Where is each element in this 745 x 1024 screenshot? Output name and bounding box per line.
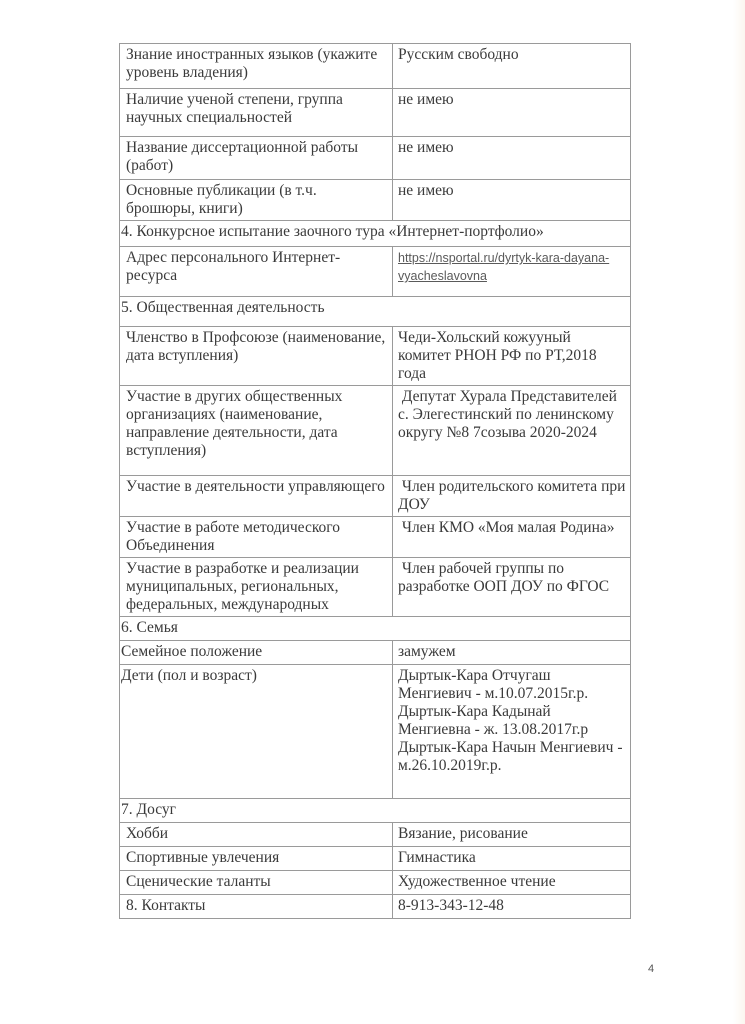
union-value: Чеди-Хольский кожууный комитет РНОН РФ п… <box>393 327 631 386</box>
stage-label: Сценические таланты <box>120 871 393 895</box>
languages-value: Русским свободно <box>393 44 631 89</box>
hobby-label: Хобби <box>120 823 393 847</box>
child-entry: Дыртык-Кара Начын Менгиевич - м.26.10.20… <box>398 739 626 775</box>
table-row: Спортивные увлечения Гимнастика <box>120 847 631 871</box>
section6-title: 6. Семья <box>120 617 631 641</box>
table-row: Дети (пол и возраст) Дыртык-Кара Отчугаш… <box>120 665 631 799</box>
table-row: Хобби Вязание, рисование <box>120 823 631 847</box>
table-row: Участие в других общественных организаци… <box>120 386 631 476</box>
degree-label: Наличие ученой степени, группа научных с… <box>120 89 393 137</box>
children-label: Дети (пол и возраст) <box>120 665 393 799</box>
table-row: Наличие ученой степени, группа научных с… <box>120 89 631 137</box>
section-header: 6. Семья <box>120 617 631 641</box>
table-row: Участие в разработке и реализации муници… <box>120 558 631 617</box>
contacts-value: 8-913-343-12-48 <box>393 895 631 919</box>
table-row: Основные публикации (в т.ч. брошюры, кни… <box>120 180 631 221</box>
marital-value: замужем <box>393 641 631 665</box>
table-row: Сценические таланты Художественное чтени… <box>120 871 631 895</box>
degree-value: не имею <box>393 89 631 137</box>
methodical-label: Участие в работе методического Объединен… <box>120 517 393 558</box>
section4-title: 4. Конкурсное испытание заочного тура «И… <box>120 221 631 247</box>
publications-label: Основные публикации (в т.ч. брошюры, кни… <box>120 180 393 221</box>
methodical-value: Член КМО «Моя малая Родина» <box>393 517 631 558</box>
section-header: 7. Досуг <box>120 799 631 823</box>
dissertation-value: не имею <box>393 137 631 180</box>
child-entry: Дыртык-Кара Кадынай Менгиевна - ж. 13.08… <box>398 703 626 739</box>
table-row: Участие в деятельности управляющего Член… <box>120 476 631 517</box>
page-number: 4 <box>648 963 654 975</box>
section-header: 4. Конкурсное испытание заочного тура «И… <box>120 221 631 247</box>
sports-value: Гимнастика <box>393 847 631 871</box>
table-row: Адрес персонального Интернет-ресурса htt… <box>120 247 631 297</box>
publications-value: не имею <box>393 180 631 221</box>
scan-edge <box>733 0 745 1024</box>
languages-label: Знание иностранных языков (укажите урове… <box>120 44 393 89</box>
other-orgs-value: Депутат Хурала Представителей с. Элегест… <box>393 386 631 476</box>
sports-label: Спортивные увлечения <box>120 847 393 871</box>
section7-title: 7. Досуг <box>120 799 631 823</box>
children-list: Дыртык-Кара Отчугаш Менгиевич - м.10.07.… <box>393 665 631 799</box>
portfolio-link[interactable]: https://nsportal.ru/dyrtyk-kara-dayana-v… <box>398 251 609 283</box>
table-row: Знание иностранных языков (укажите урове… <box>120 44 631 89</box>
dissertation-label: Название диссертационной работы (работ) <box>120 137 393 180</box>
table-row: Название диссертационной работы (работ) … <box>120 137 631 180</box>
management-label: Участие в деятельности управляющего <box>120 476 393 517</box>
stage-value: Художественное чтение <box>393 871 631 895</box>
address-label: Адрес персонального Интернет-ресурса <box>120 247 393 297</box>
marital-label: Семейное положение <box>120 641 393 665</box>
table-row: Участие в работе методического Объединен… <box>120 517 631 558</box>
union-label: Членство в Профсоюзе (наименование, дата… <box>120 327 393 386</box>
hobby-value: Вязание, рисование <box>393 823 631 847</box>
table-row: Семейное положение замужем <box>120 641 631 665</box>
other-orgs-label: Участие в других общественных организаци… <box>120 386 393 476</box>
section5-title: 5. Общественная деятельность <box>120 297 631 327</box>
contacts-label: 8. Контакты <box>120 895 393 919</box>
management-value: Член родительского комитета при ДОУ <box>393 476 631 517</box>
programs-label: Участие в разработке и реализации муници… <box>120 558 393 617</box>
child-entry: Дыртык-Кара Отчугаш Менгиевич - м.10.07.… <box>398 667 626 703</box>
section-header: 5. Общественная деятельность <box>120 297 631 327</box>
programs-value: Член рабочей группы по разработке ООП ДО… <box>393 558 631 617</box>
table-row: Членство в Профсоюзе (наименование, дата… <box>120 327 631 386</box>
questionnaire-table: Знание иностранных языков (укажите урове… <box>119 43 631 919</box>
table-row: 8. Контакты 8-913-343-12-48 <box>120 895 631 919</box>
